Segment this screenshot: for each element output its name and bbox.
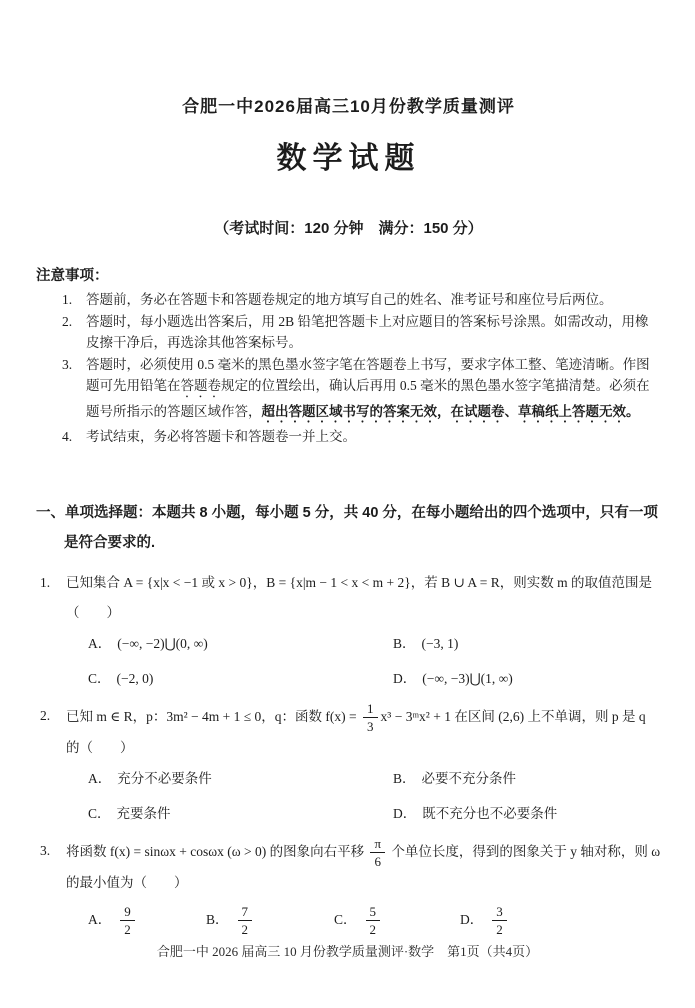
option-text: (−3, 1) <box>422 636 459 651</box>
q3-option-b: B．72 <box>206 904 334 936</box>
exam-info-line: （考试时间：120 分钟 满分：150 分） <box>36 217 661 238</box>
fraction-denominator: 6 <box>370 853 385 868</box>
q3-option-c: C．52 <box>334 904 460 936</box>
option-label: A． <box>88 771 111 786</box>
option-text: (−∞, −2)⋃(0, ∞) <box>117 636 208 651</box>
notice-section: 注意事项： 1. 答题前，务必在答题卡和答题卷规定的地方填写自己的姓名、准考证号… <box>36 264 661 448</box>
question-number: 1. <box>40 568 66 628</box>
fraction-numerator: 9 <box>120 904 135 921</box>
option-label: A． <box>88 912 111 927</box>
emphasis-bold-dotted-text: 超出答题区域书写的答案无效，在试题卷、草稿纸上答题无效。 <box>262 404 640 419</box>
exam-page: 合肥一中2026届高三10月份教学质量测评 数学试题 （考试时间：120 分钟 … <box>0 0 695 1008</box>
option-label: D． <box>460 912 483 927</box>
notice-item-number: 3. <box>62 354 86 427</box>
q2-option-c: C．充要条件 <box>88 802 393 826</box>
fraction-denominator: 2 <box>492 921 507 936</box>
notice-item-3: 3. 答题时，必须使用 0.5 毫米的黑色墨水签字笔在答题卷上书写，要求字体工整… <box>62 354 661 427</box>
q1-option-a: A．(−∞, −2)⋃(0, ∞) <box>88 632 393 656</box>
question-1: 1. 已知集合 A = {x|x < −1 或 x > 0}，B = {x|m … <box>40 568 661 691</box>
question-2: 2. 已知 m ∈ R，p：3m² − 4m + 1 ≤ 0，q：函数 f(x)… <box>40 701 661 826</box>
fraction-denominator: 2 <box>120 921 135 936</box>
question-stem-text: 将函数 f(x) = sinωx + cosωx (ω > 0) 的图象向右平移… <box>66 836 661 898</box>
notice-item-1: 1. 答题前，务必在答题卡和答题卷规定的地方填写自己的姓名、准考证号和座位号后两… <box>62 289 661 311</box>
notice-item-text: 考试结束，务必将答题卡和答题卷一并上交。 <box>86 426 661 448</box>
fraction-denominator: 3 <box>363 718 378 733</box>
question-stem: 3. 将函数 f(x) = sinωx + cosωx (ω > 0) 的图象向… <box>40 836 661 898</box>
notice-item-text: 答题时，必须使用 0.5 毫米的黑色墨水签字笔在答题卷上书写，要求字体工整、笔迹… <box>86 354 661 427</box>
option-text: 必要不充分条件 <box>422 771 517 786</box>
notice-item-2: 2. 答题时，每小题选出答案后，用 2B 铅笔把答题卡上对应题目的答案标号涂黑。… <box>62 311 661 354</box>
fraction-numerator: π <box>370 836 385 853</box>
fraction: 92 <box>120 904 135 936</box>
stem-segment: 将函数 f(x) = sinωx + cosωx (ω > 0) 的图象向右平移 <box>66 844 367 859</box>
question-3-options: A．92 B．72 C．52 D．32 <box>88 904 661 936</box>
question-stem: 1. 已知集合 A = {x|x < −1 或 x > 0}，B = {x|m … <box>40 568 661 628</box>
section-one-heading: 一、单项选择题：本题共 8 小题，每小题 5 分，共 40 分，在每小题给出的四… <box>36 498 661 558</box>
fraction: 72 <box>238 904 253 936</box>
q2-option-b: B．必要不充分条件 <box>393 767 661 791</box>
fraction: 32 <box>492 904 507 936</box>
page-title: 数学试题 <box>36 133 661 177</box>
question-number: 3. <box>40 836 66 898</box>
option-text: 既不充分也不必要条件 <box>422 806 557 821</box>
fraction-denominator: 2 <box>238 921 253 936</box>
q1-option-c: C．(−2, 0) <box>88 667 393 691</box>
page-footer: 合肥一中 2026 届高三 10 月份教学质量测评·数学 第1页（共4页） <box>0 941 695 960</box>
fraction-numerator: 1 <box>363 701 378 718</box>
fraction-denominator: 2 <box>366 921 381 936</box>
fraction: π6 <box>370 836 385 868</box>
fraction: 13 <box>363 701 378 733</box>
q3-option-d: D．32 <box>460 904 661 936</box>
exam-header-line: 合肥一中2026届高三10月份教学质量测评 <box>36 92 661 117</box>
notice-heading: 注意事项： <box>36 264 661 285</box>
fraction-numerator: 3 <box>492 904 507 921</box>
q2-option-d: D．既不充分也不必要条件 <box>393 802 661 826</box>
option-text: (−2, 0) <box>117 671 154 686</box>
q1-option-d: D．(−∞, −3)⋃(1, ∞) <box>393 667 661 691</box>
notice-item-number: 4. <box>62 426 86 448</box>
fraction-numerator: 7 <box>238 904 253 921</box>
question-number: 2. <box>40 701 66 763</box>
question-stem: 2. 已知 m ∈ R，p：3m² − 4m + 1 ≤ 0，q：函数 f(x)… <box>40 701 661 763</box>
option-text: (−∞, −3)⋃(1, ∞) <box>422 671 513 686</box>
option-label: C． <box>88 806 111 821</box>
question-1-options: A．(−∞, −2)⋃(0, ∞) B．(−3, 1) C．(−2, 0) D．… <box>88 632 661 691</box>
option-label: C． <box>88 671 111 686</box>
option-text: 充要条件 <box>117 806 171 821</box>
option-label: B． <box>206 912 229 927</box>
q2-option-a: A．充分不必要条件 <box>88 767 393 791</box>
stem-segment: 已知 m ∈ R，p：3m² − 4m + 1 ≤ 0，q：函数 f(x) = <box>66 709 360 724</box>
option-label: B． <box>393 636 416 651</box>
option-label: D． <box>393 671 416 686</box>
notice-item-text: 答题前，务必在答题卡和答题卷规定的地方填写自己的姓名、准考证号和座位号后两位。 <box>86 289 661 311</box>
q1-option-b: B．(−3, 1) <box>393 632 661 656</box>
option-label: C． <box>334 912 357 927</box>
notice-item-4: 4. 考试结束，务必将答题卡和答题卷一并上交。 <box>62 426 661 448</box>
question-3: 3. 将函数 f(x) = sinωx + cosωx (ω > 0) 的图象向… <box>40 836 661 936</box>
option-label: A． <box>88 636 111 651</box>
notice-item-number: 2. <box>62 311 86 354</box>
option-label: D． <box>393 806 416 821</box>
emphasis-dotted-text: 答题卷 <box>181 378 222 393</box>
q3-option-a: A．92 <box>88 904 206 936</box>
question-stem-text: 已知集合 A = {x|x < −1 或 x > 0}，B = {x|m − 1… <box>66 568 661 628</box>
option-label: B． <box>393 771 416 786</box>
question-2-options: A．充分不必要条件 B．必要不充分条件 C．充要条件 D．既不充分也不必要条件 <box>88 767 661 826</box>
notice-item-text: 答题时，每小题选出答案后，用 2B 铅笔把答题卡上对应题目的答案标号涂黑。如需改… <box>86 311 661 354</box>
fraction: 52 <box>366 904 381 936</box>
option-text: 充分不必要条件 <box>117 771 212 786</box>
notice-item-number: 1. <box>62 289 86 311</box>
fraction-numerator: 5 <box>366 904 381 921</box>
question-stem-text: 已知 m ∈ R，p：3m² − 4m + 1 ≤ 0，q：函数 f(x) = … <box>66 701 661 763</box>
